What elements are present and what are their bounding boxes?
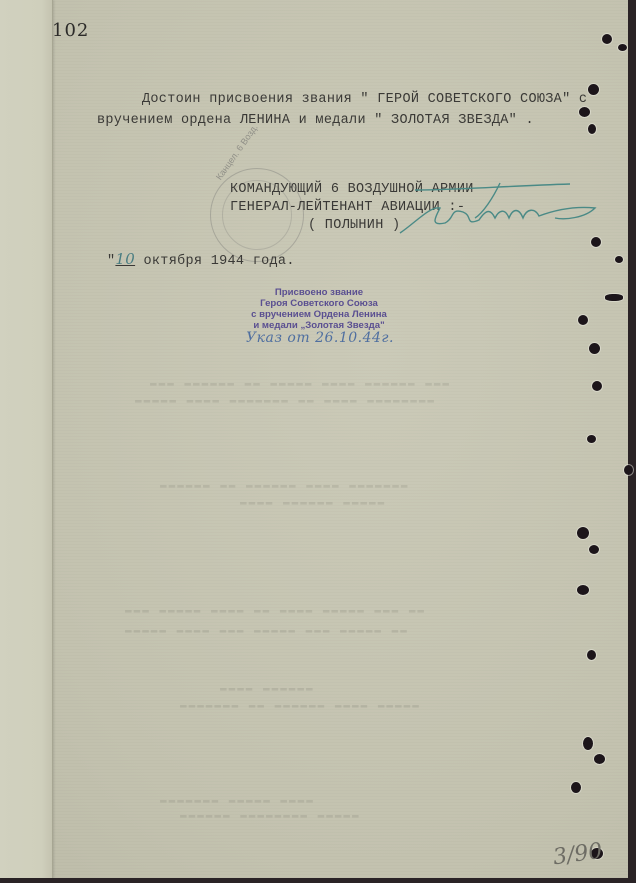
punch-hole — [618, 44, 627, 51]
show-through-text: ▬▬▬▬▬▬ ▬▬ ▬▬▬▬▬▬ ▬▬▬▬ ▬▬▬▬▬▬▬ — [160, 480, 409, 492]
document-date: "10 октября 1944 года. — [107, 250, 295, 269]
punch-hole — [588, 124, 596, 134]
document-page: 102 ▬▬▬ ▬▬▬▬▬▬ ▬▬ ▬▬▬▬▬ ▬▬▬▬ ▬▬▬▬▬▬ ▬▬▬ … — [0, 0, 628, 878]
punch-hole — [588, 84, 599, 95]
punch-hole — [578, 315, 588, 325]
punch-hole — [571, 782, 581, 793]
sheet-number: 102 — [52, 20, 89, 41]
handwritten-signature — [395, 178, 605, 238]
show-through-text: ▬▬▬▬▬ ▬▬▬▬ ▬▬▬▬▬▬▬ ▬▬ ▬▬▬▬ ▬▬▬▬▬▬▬▬ — [135, 395, 436, 407]
show-through-text: ▬▬▬ ▬▬▬▬▬ ▬▬▬▬ ▬▬ ▬▬▬▬ ▬▬▬▬▬ ▬▬▬ ▬▬ — [125, 605, 426, 617]
show-through-text: ▬▬▬▬ ▬▬▬▬▬▬ ▬▬▬▬▬ — [240, 497, 386, 509]
punch-hole — [615, 256, 623, 263]
punch-hole — [587, 650, 596, 660]
award-conferred-stamp: Присвоено звание Героя Советского Союза … — [244, 287, 394, 331]
award-recommendation-line-2: вручением ордена ЛЕНИНА и медали " ЗОЛОТ… — [97, 113, 534, 128]
show-through-text: ▬▬▬▬▬▬▬ ▬▬▬▬▬ ▬▬▬▬ — [160, 795, 315, 807]
punch-hole — [592, 381, 602, 391]
punch-hole — [589, 343, 600, 354]
date-day-handwritten: 10 — [115, 250, 135, 268]
punch-hole — [602, 34, 612, 44]
punch-hole — [577, 527, 589, 539]
show-through-text: ▬▬▬▬▬▬ ▬▬▬▬▬▬▬▬ ▬▬▬▬▬ — [180, 810, 361, 822]
show-through-text: ▬▬▬▬▬ ▬▬▬▬ ▬▬▬ ▬▬▬▬▬ ▬▬▬ ▬▬▬▬▬ ▬▬ — [125, 625, 409, 637]
archive-page-number: 3/90 — [552, 839, 604, 871]
punch-hole — [583, 737, 593, 750]
punch-hole — [589, 545, 599, 554]
punch-hole — [594, 754, 605, 764]
stamp-line: Героя Советского Союза — [244, 298, 394, 309]
signatory-name: ( ПОЛЫНИН ) — [308, 218, 400, 233]
punch-hole — [605, 294, 623, 301]
punch-hole — [577, 585, 589, 595]
punch-hole — [624, 465, 633, 475]
show-through-text: ▬▬▬ ▬▬▬▬▬▬ ▬▬ ▬▬▬▬▬ ▬▬▬▬ ▬▬▬▬▬▬ ▬▬▬ — [150, 378, 451, 390]
punch-hole — [591, 237, 601, 247]
stamp-line: с вручением Ордена Ленина — [244, 309, 394, 320]
decree-handwritten-note: Указ от 26.10.44г. — [246, 330, 394, 346]
show-through-text: ▬▬▬▬▬▬▬ ▬▬ ▬▬▬▬▬▬ ▬▬▬▬ ▬▬▬▬▬ — [180, 700, 421, 712]
binding-strip — [0, 0, 53, 878]
award-recommendation-line-1: Достоин присвоения звания " ГЕРОЙ СОВЕТС… — [142, 92, 587, 107]
date-rest: октября 1944 года. — [135, 254, 295, 269]
stamp-line: Присвоено звание — [244, 287, 394, 298]
punch-hole — [579, 107, 590, 117]
show-through-text: ▬▬▬▬ ▬▬▬▬▬▬ — [220, 683, 315, 695]
punch-hole — [587, 435, 596, 443]
